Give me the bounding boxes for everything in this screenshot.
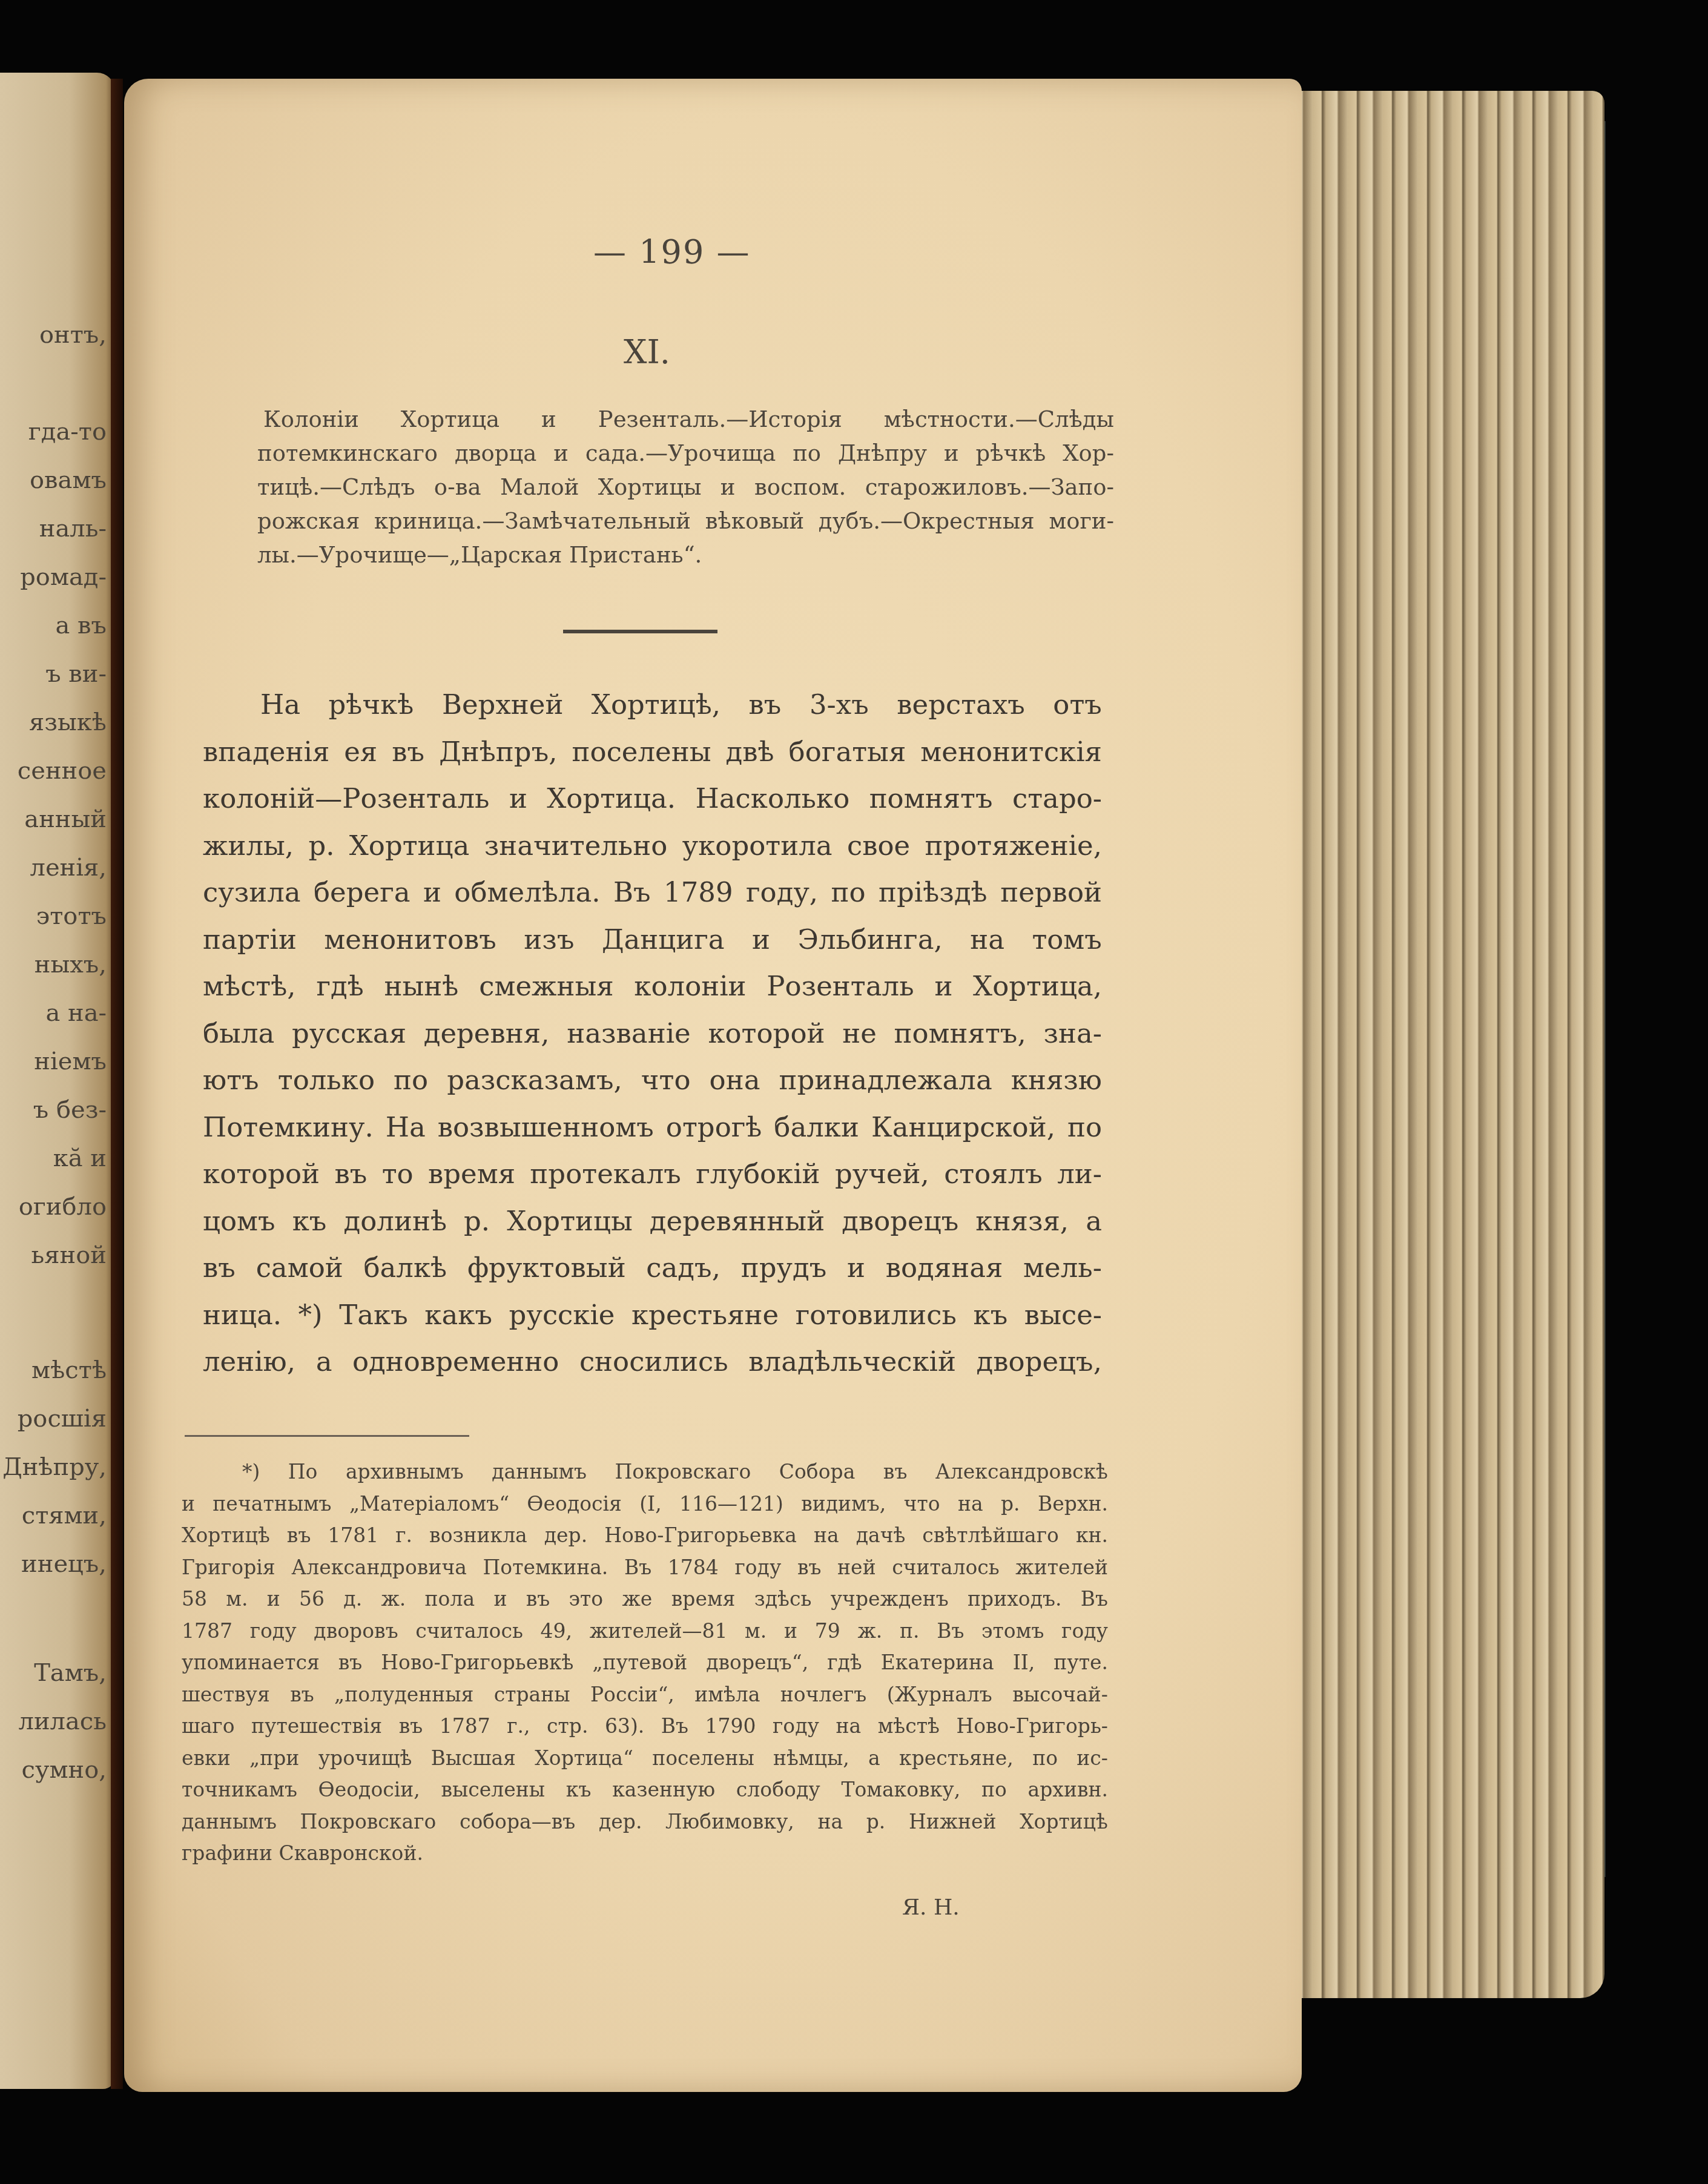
body-line: впаденія ея въ Днѣпръ, поселены двѣ бога… [203, 728, 1102, 776]
page-number: — 199 — [593, 233, 750, 271]
body-line: жилы, р. Хортица значительно укоротила с… [203, 822, 1102, 869]
left-page-fragment: этотъ [36, 902, 107, 930]
footnote-line: и печатнымъ „Матеріаломъ“ Ѳеодосія (I, 1… [182, 1488, 1108, 1520]
left-page-fragment: ныхъ, [35, 951, 107, 978]
footnote-line: графини Скавронской. [182, 1838, 1108, 1870]
left-page-fragment: языкѣ [29, 708, 107, 736]
left-page-fragment: ъ ви- [45, 660, 107, 688]
left-page-fragment: инецъ, [21, 1550, 107, 1578]
footnote-line: точникамъ Ѳеодосіи, выселены къ казенную… [182, 1774, 1108, 1806]
footnote-line: упоминается въ Ново-Григорьевкѣ „путевой… [182, 1647, 1108, 1679]
left-page-fragment: Тамъ, [34, 1659, 107, 1687]
left-page-fragment: онтъ, [39, 321, 107, 349]
footnote-line: евки „при урочищѣ Высшая Хортица“ поселе… [182, 1743, 1108, 1775]
section-divider [563, 630, 717, 633]
body-line: партіи менонитовъ изъ Данцига и Эльбинга… [203, 916, 1102, 963]
body-line: ютъ только по разсказамъ, что она принад… [203, 1057, 1102, 1104]
author-signature: Я. Н. [902, 1895, 960, 1920]
body-line: цомъ къ долинѣ р. Хортицы деревянный дво… [203, 1198, 1102, 1245]
footnote-line: даннымъ Покровскаго собора—въ дер. Любим… [182, 1806, 1108, 1838]
left-page-fragment: овамъ [30, 466, 107, 494]
left-page-fragment: ьяной [31, 1241, 107, 1269]
left-page-fragment: ніемъ [34, 1047, 107, 1075]
summary-line: потемкинскаго дворца и сада.—Урочища по … [257, 437, 1114, 470]
body-line: мѣстѣ, гдѣ нынѣ смежныя колоніи Розентал… [203, 963, 1102, 1010]
left-page-fragment: анный [24, 805, 107, 833]
left-page-fragment: Днѣпру, [2, 1453, 107, 1481]
chapter-summary: Колоніи Хортица и Резенталь.—Исторія мѣс… [257, 403, 1114, 572]
footnote-line: шаго путешествія въ 1787 г., стр. 63). В… [182, 1711, 1108, 1743]
left-page-fragment: мѣстѣ [31, 1356, 107, 1384]
left-page-fragment: а въ [55, 612, 107, 639]
page-stack-edges [1278, 91, 1604, 1998]
body-line: ленію, а одновременно сносились владѣльч… [203, 1338, 1102, 1385]
left-page-fragment: огибло [19, 1193, 107, 1221]
summary-line: лы.—Урочище—„Царская Пристань“. [257, 538, 1114, 572]
left-page-fragment: стями, [22, 1502, 107, 1529]
footnote-line: *) По архивнымъ даннымъ Покровскаго Собо… [182, 1456, 1108, 1488]
body-line: которой въ то время протекалъ глубокій р… [203, 1150, 1102, 1198]
body-line: въ самой балкѣ фруктовый садъ, прудъ и в… [203, 1244, 1102, 1292]
body-line: Потемкину. На возвышенномъ отрогѣ балки … [203, 1104, 1102, 1151]
footnote-line: Хортицѣ въ 1781 г. возникла дер. Ново-Гр… [182, 1520, 1108, 1552]
left-page-fragment: сумно, [21, 1756, 107, 1784]
footnote-line: шествуя въ „полуденныя страны Россіи“, и… [182, 1679, 1108, 1711]
body-line: ница. *) Такъ какъ русскіе крестьяне гот… [203, 1292, 1102, 1339]
left-page-fragment: сенное [18, 757, 107, 785]
body-line: На рѣчкѣ Верхней Хортицѣ, въ 3-хъ верста… [203, 681, 1102, 728]
body-line: была русская деревня, названіе которой н… [203, 1010, 1102, 1057]
summary-line: Колоніи Хортица и Резенталь.—Исторія мѣс… [257, 403, 1114, 437]
body-line: сузила берега и обмелѣла. Въ 1789 году, … [203, 869, 1102, 916]
body-text: На рѣчкѣ Верхней Хортицѣ, въ 3-хъ верста… [203, 681, 1102, 1385]
body-line: колоній—Розенталь и Хортица. Насколько п… [203, 775, 1102, 822]
footnote-divider [185, 1435, 469, 1437]
left-page-fragment: ромад- [20, 563, 107, 591]
left-page-fragment: гда-то [28, 418, 107, 446]
left-page-fragment: а на- [45, 999, 107, 1027]
left-page-fragment: ъ без- [33, 1096, 107, 1124]
footnote-line: Григорія Александровича Потемкина. Въ 17… [182, 1552, 1108, 1584]
summary-line: рожская криница.—Замѣчательный вѣковый д… [257, 504, 1114, 538]
left-page-fragment: наль- [39, 515, 107, 543]
footnote: *) По архивнымъ даннымъ Покровскаго Собо… [182, 1456, 1108, 1870]
chapter-heading: XI. [624, 333, 670, 371]
left-page-fragment: кӑ и [53, 1144, 107, 1172]
left-page-fragment: росшія [18, 1405, 107, 1433]
book-gutter [111, 79, 123, 2089]
left-page-fragment: лилась [18, 1707, 107, 1735]
summary-line: тицѣ.—Слѣдъ о-ва Малой Хортицы и воспом.… [257, 470, 1114, 504]
footnote-line: 1787 году дворовъ считалось 49, жителей—… [182, 1615, 1108, 1648]
left-page-edge: онтъ, гда-то овамъ наль- ромад- а въ ъ в… [0, 73, 115, 2089]
footnote-line: 58 м. и 56 д. ж. пола и въ это же время … [182, 1583, 1108, 1615]
left-page-fragment: ленія, [30, 854, 107, 882]
